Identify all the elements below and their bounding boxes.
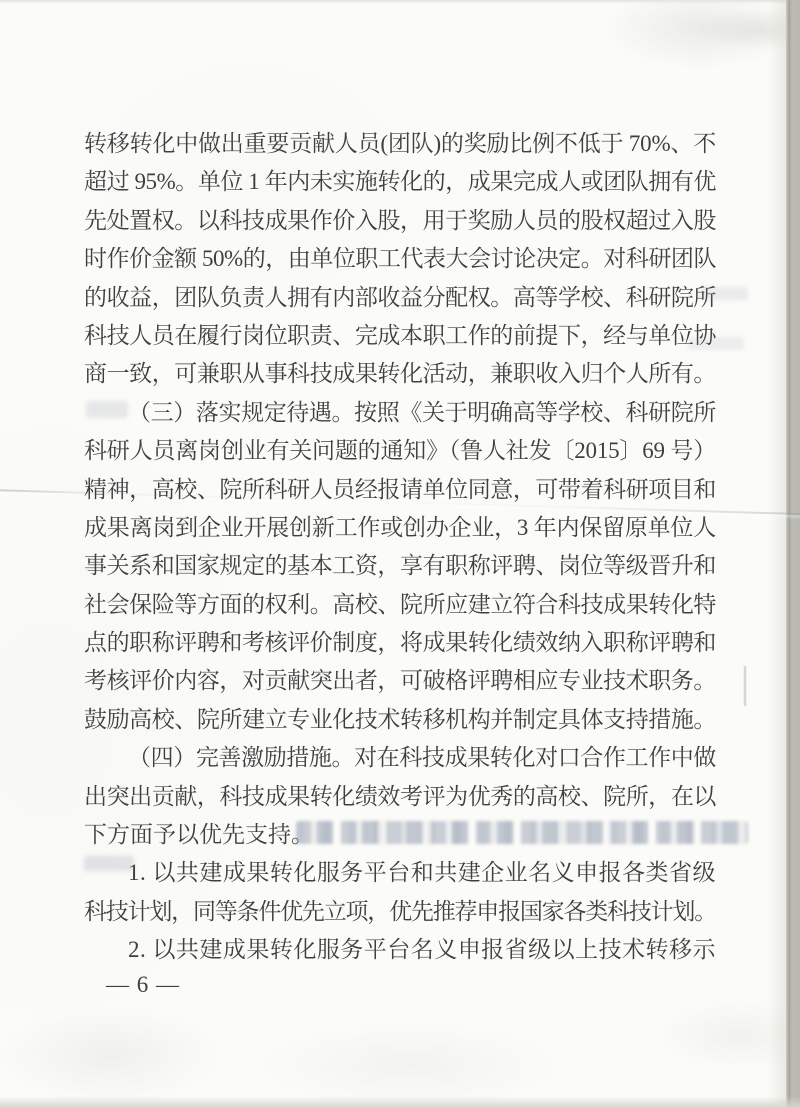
text-line: 事关系和国家规定的基本工资，享有职称评聘、岗位等级晋升和 (84, 547, 716, 585)
text-line: 超过 95%。单位 1 年内未实施转化的，成果完成人或团队拥有优 (84, 163, 716, 201)
text-block: 转移转化中做出重要贡献人员(团队)的奖励比例不低于 70%、不超过 95%。单位… (84, 125, 716, 970)
text-line: 出突出贡献，科技成果转化绩效考评为优秀的高校、院所，在以 (84, 778, 716, 816)
text-line: 先处置权。以科技成果作价入股，用于奖励人员的股权超过入股 (84, 202, 716, 240)
text-line: 成果离岗到企业开展创新工作或创办企业，3 年内保留原单位人 (84, 509, 716, 547)
text-line: 科研人员离岗创业有关问题的通知》（鲁人社发〔2015〕69 号） (84, 432, 716, 470)
scan-edge-top (0, 0, 800, 4)
text-line: 1. 以共建成果转化服务平台和共建企业名义申报各类省级 (84, 854, 716, 892)
text-line: 社会保险等方面的权利。高校、院所应建立符合科技成果转化特 (84, 586, 716, 624)
text-line: 点的职称评聘和考核评价制度，将成果转化绩效纳入职称评聘和 (84, 624, 716, 662)
scan-hair-mark (744, 666, 746, 706)
text-line: 下方面予以优先支持。 (84, 816, 716, 854)
text-line: 的收益，团队负责人拥有内部收益分配权。高等学校、科研院所 (84, 279, 716, 317)
text-line: 科技计划，同等条件优先立项，优先推荐申报国家各类科技计划。 (84, 893, 716, 931)
page-number: — 6 — (106, 972, 180, 998)
text-line: 科技人员在履行岗位职责、完成本职工作的前提下，经与单位协 (84, 317, 716, 355)
text-line: 转移转化中做出重要贡献人员(团队)的奖励比例不低于 70%、不 (84, 125, 716, 163)
text-line: 鼓励高校、院所建立专业化技术转移机构并制定具体支持措施。 (84, 701, 716, 739)
text-line: 时作价金额 50%的，由单位职工代表大会讨论决定。对科研团队 (84, 240, 716, 278)
text-line: （四）完善激励措施。对在科技成果转化对口合作工作中做 (84, 739, 716, 777)
scanned-document-page: 转移转化中做出重要贡献人员(团队)的奖励比例不低于 70%、不超过 95%。单位… (0, 0, 800, 1108)
text-line: 2. 以共建成果转化服务平台名义申报省级以上技术转移示 (84, 931, 716, 969)
scan-edge-bottom (0, 1096, 800, 1108)
text-line: 商一致，可兼职从事科技成果转化活动，兼职收入归个人所有。 (84, 355, 716, 393)
text-line: 考核评价内容，对贡献突出者，可破格评聘相应专业技术职务。 (84, 662, 716, 700)
scan-edge-right (786, 0, 800, 1108)
text-line: 精神，高校、院所科研人员经报请单位同意，可带着科研项目和 (84, 471, 716, 509)
text-line: （三）落实规定待遇。按照《关于明确高等学校、科研院所 (84, 394, 716, 432)
page-edge-shadow (768, 0, 786, 1108)
